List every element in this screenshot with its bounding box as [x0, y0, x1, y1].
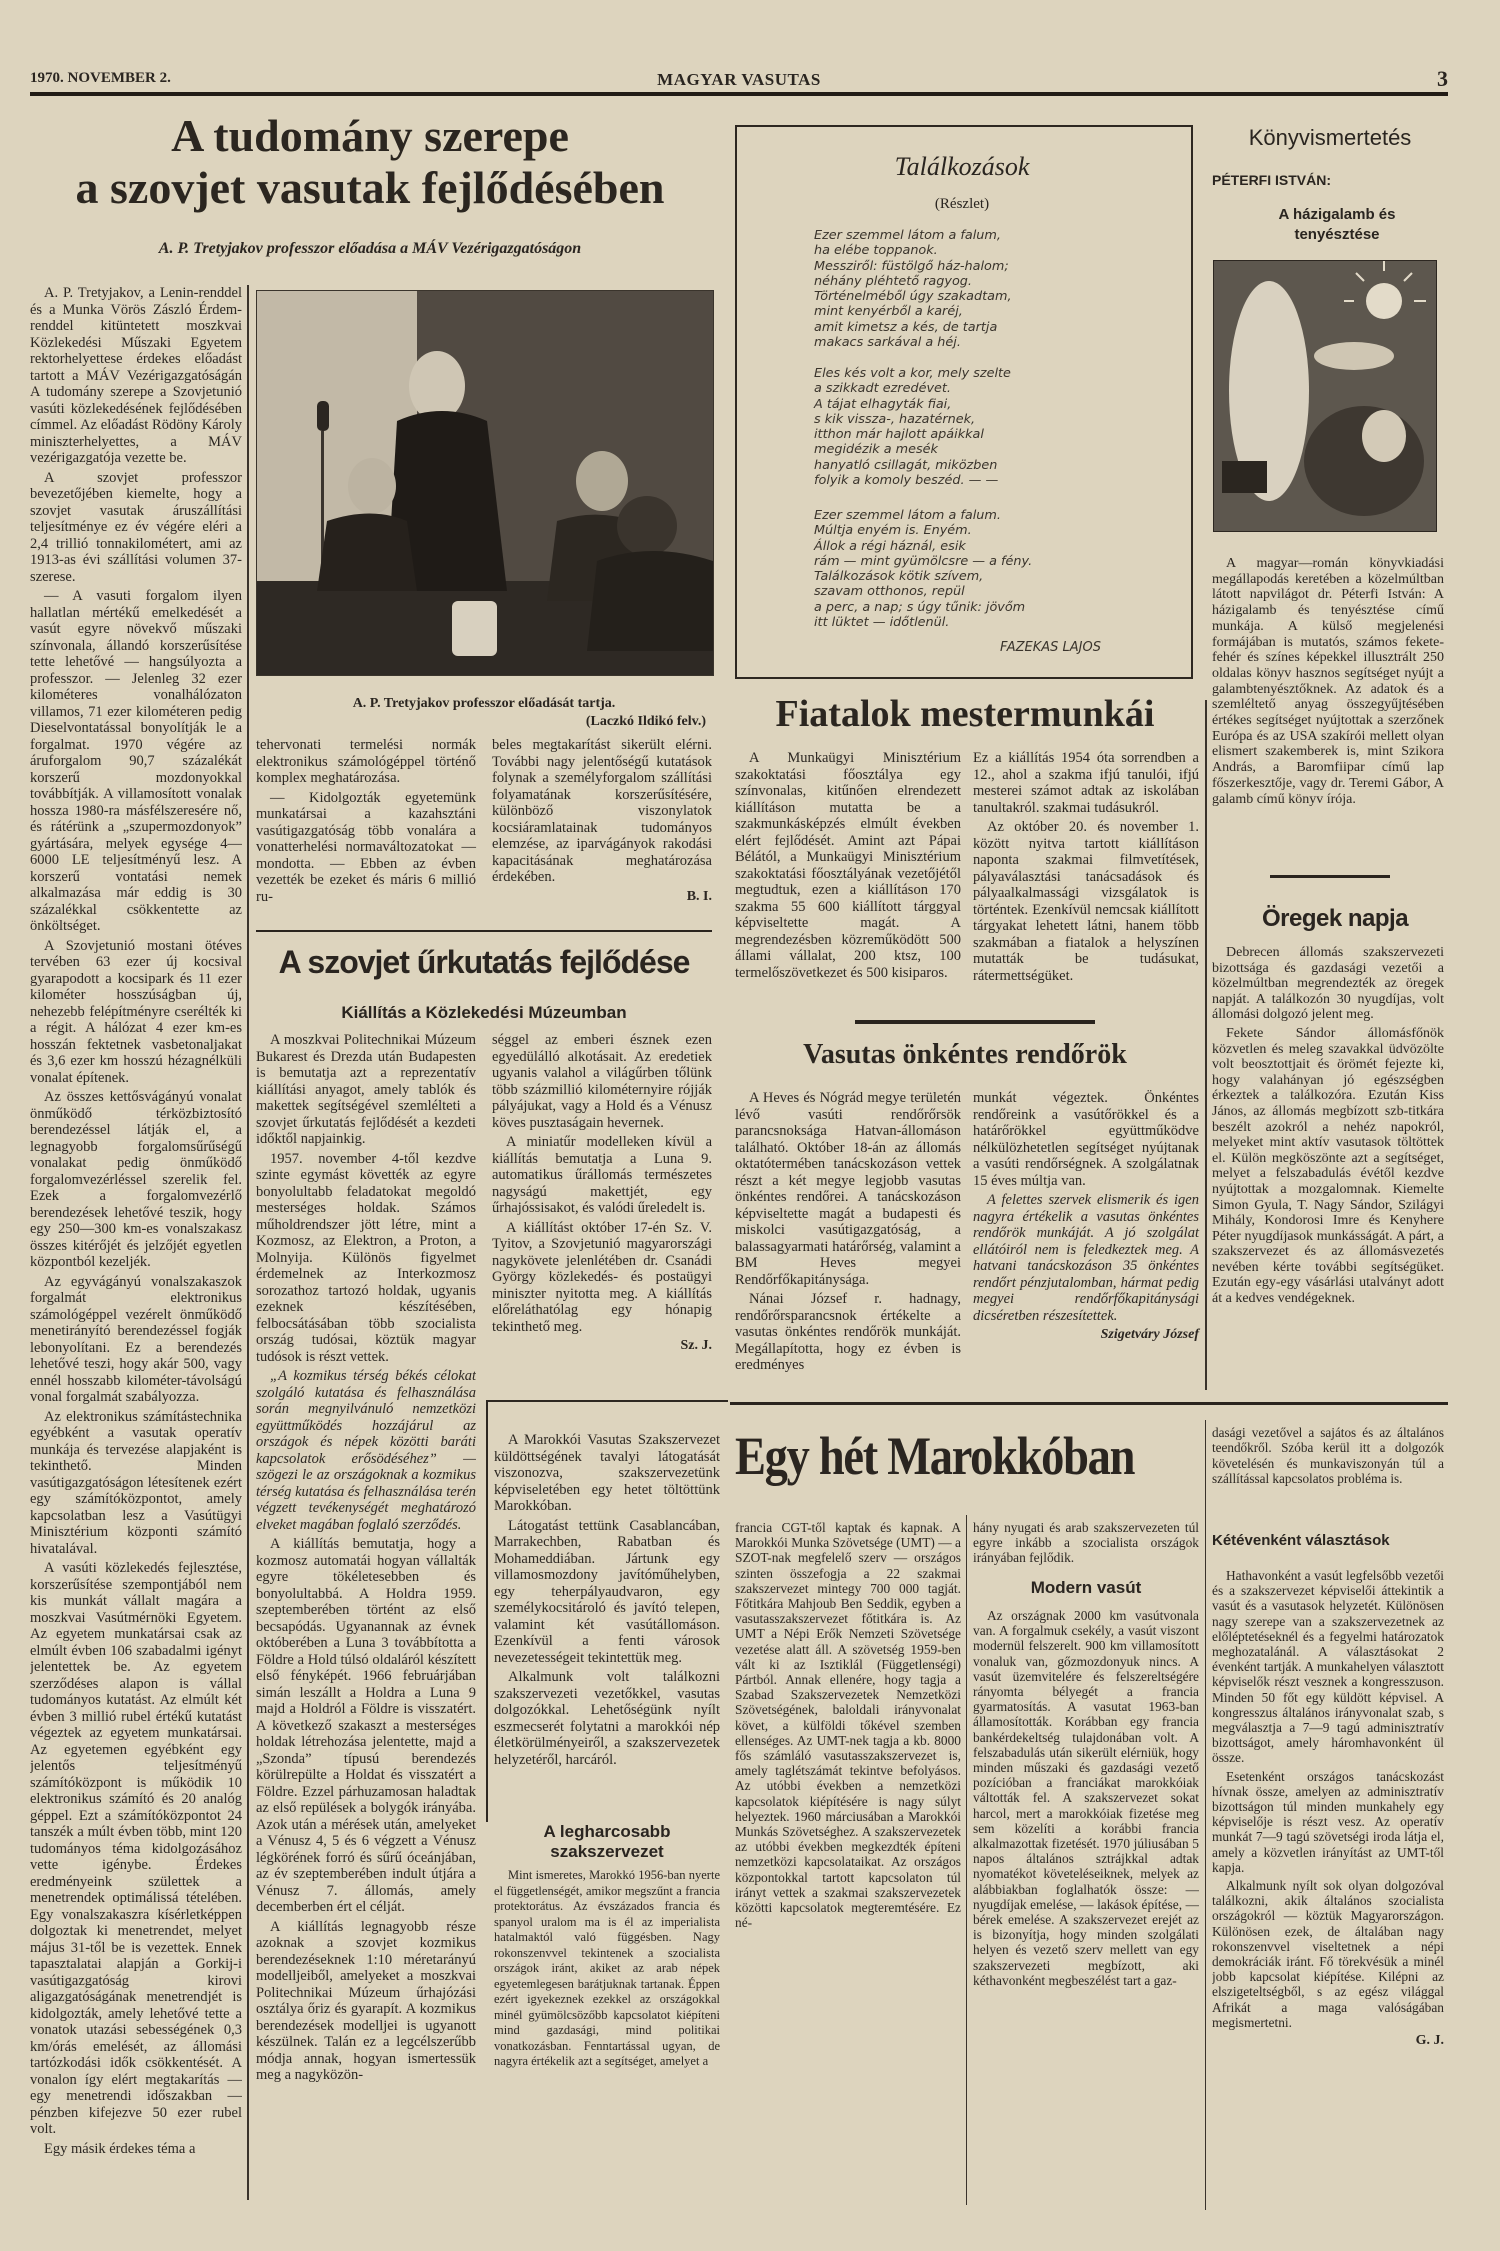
book-cover-image [1213, 260, 1437, 532]
poem-line: hanyatló csillagát, miközben [814, 458, 1174, 473]
poem-line: Messziről: füstölgő ház-halom; [814, 259, 1174, 274]
paragraph: Ez a kiállítás 1954 óta sorrendben a 12.… [973, 750, 1199, 816]
paragraph: francia CGT-től kaptak és kapnak. A Maro… [735, 1520, 961, 1930]
morocco-column-c: Hathavonként a vasút legfelsőbb vezetői … [1212, 1568, 1444, 2208]
poem-line: Múltja enyém is. Enyém. [814, 523, 1174, 538]
poem-line: A tájat elhagyták fiai, [814, 397, 1174, 412]
section-rule [1270, 875, 1390, 878]
section-rule [855, 1020, 1095, 1024]
paragraph: A szovjet professzor bevezetőjében kieme… [30, 470, 242, 586]
paragraph: — A vasuti forgalom ilyen hallatlan mért… [30, 588, 242, 935]
paragraph: A Munkaügyi Minisztérium szakoktatási fő… [735, 750, 961, 981]
paragraph: hány nyugati és arab szakszervezeten túl… [973, 1520, 1199, 1566]
paragraph: Az országnak 2000 km vasútvonala van. A … [973, 1608, 1199, 1988]
poem-line: a perc, a nap; s úgy tűnik: jövőm [814, 600, 1174, 615]
paragraph: „A kozmikus térség békés célokat szolgál… [256, 1368, 476, 1533]
police-column-2: munkát végeztek. Önkéntes rendőreink a v… [973, 1090, 1199, 1344]
photo-credit: (Laczkó Ildikó felv.) [256, 713, 706, 730]
poem-line: Ezer szemmel látom a falum. [814, 508, 1174, 523]
science-column-1: A. P. Tretyjakov, a Lenin-renddel és a M… [30, 285, 242, 2205]
paragraph: A moszkvai Politechnikai Múzeum Bukarest… [256, 1032, 476, 1148]
pigeon-illustration [1214, 261, 1436, 531]
morocco-column-a: francia CGT-től kaptak és kapnak. A Maro… [735, 1520, 961, 2205]
paragraph: Az összes kettősvágányú vonalat önműködő… [30, 1089, 242, 1271]
poem-stanza-1: Ezer szemmel látom a falum, ha elébe top… [814, 228, 1174, 350]
paragraph: Debrecen állomás szakszervezeti bizottsá… [1212, 945, 1444, 1023]
poem-line: Eles kés volt a kor, mely szelte [814, 366, 1174, 381]
poem-line: s kik vissza-, hazatérnek, [814, 412, 1174, 427]
signature: G. J. [1212, 2033, 1444, 2048]
paragraph: beles megtakarítást sikerült elérni. Tov… [492, 737, 712, 886]
headline-elders: Öregek napja [1262, 905, 1462, 933]
newspaper-title: MAGYAR VASUTAS [30, 70, 1448, 90]
paragraph: — Kidolgozták egyetemünk munkatársai a k… [256, 790, 476, 906]
poem-line: amit kimetsz a kés, de tartja [814, 320, 1174, 335]
column-rule [1205, 700, 1207, 1390]
headline-morocco: Egy hét Marokkóban [735, 1425, 1139, 1487]
poem-line: rám — mint gyümölcsre — a fény. [814, 554, 1174, 569]
paragraph: A vasúti közlekedés fejlesztése, korszer… [30, 1560, 242, 2138]
science-subtitle: A. P. Tretyjakov professzor előadása a M… [30, 240, 710, 258]
science-column-3: beles megtakarítást sikerült elérni. Tov… [492, 737, 712, 905]
poem-stanza-3: Ezer szemmel látom a falum. Múltja enyém… [814, 508, 1174, 630]
poem-subtitle: (Részlet) [735, 196, 1189, 213]
poem-title: Találkozások [735, 152, 1189, 182]
poem-line: itthon már hajlott apáikkal [814, 427, 1174, 442]
book-review-body: A magyar—román könyvkiadási megállapodás… [1212, 556, 1444, 810]
column-rule [1205, 1420, 1206, 2210]
space-subtitle: Kiállítás a Közlekedési Múzeumban [256, 1003, 712, 1023]
headline-youth: Fiatalok mestermunkái [735, 695, 1195, 735]
youth-column-1: A Munkaügyi Minisztérium szakoktatási fő… [735, 750, 961, 984]
poem-line: Találkozások kötik szívem, [814, 569, 1174, 584]
book-title-line: tenyésztése [1212, 225, 1462, 245]
photo-caption: A. P. Tretyjakov professzor előadását ta… [256, 695, 712, 712]
column-rule [966, 1515, 967, 2205]
space-column-2: séggel az emberi észnek ezen egyedülálló… [492, 1032, 712, 1355]
headline-science: A tudomány szerepe a szovjet vasutak fej… [30, 112, 710, 213]
book-author: PÉTERFI ISTVÁN: [1212, 172, 1462, 188]
paragraph: Alkalmunk volt találkozni szakszervezeti… [494, 1669, 720, 1768]
masthead-rule [30, 92, 1448, 96]
morocco-column-c-top: dasági vezetővel a sajátos és az általán… [1212, 1425, 1444, 1490]
paragraph: A Szovjetunió mostani ötéves tervében 63… [30, 938, 242, 1087]
paragraph: A kiállítás bemutatja, hogy a kozmosz au… [256, 1536, 476, 1916]
photo-illustration [257, 291, 713, 675]
headline-police: Vasutas önkéntes rendőrök [735, 1040, 1195, 1069]
paragraph: Hathavonként a vasút legfelsőbb vezetői … [1212, 1568, 1444, 1766]
paragraph: dasági vezetővel a sajátos és az általán… [1212, 1425, 1444, 1487]
poem-line: Ezer szemmel látom a falum, [814, 228, 1174, 243]
poem-stanza-2: Eles kés volt a kor, mely szelte a szikk… [814, 366, 1174, 488]
morocco-railway-text: Az országnak 2000 km vasútvonala van. A … [973, 1608, 1199, 2206]
subhead-union: A legharcosabb szakszervezet [494, 1822, 720, 1862]
paragraph: A miniatűr modelleken kívül a kiállítás … [492, 1134, 712, 1217]
poem-line: Történelméből úgy szakadtam, [814, 289, 1174, 304]
poem-line: megidézik a mesék [814, 442, 1174, 457]
paragraph: A felettes szervek elismerik és igen nag… [973, 1192, 1199, 1324]
paragraph: Látogatást tettünk Casablancában, Marrak… [494, 1518, 720, 1667]
book-title-line: A házigalamb és [1212, 205, 1462, 225]
paragraph: 1957. november 4-től kezdve szinte egymá… [256, 1151, 476, 1366]
paragraph: Az egyvágányú vonalszakaszok forgalmát e… [30, 1274, 242, 1406]
paragraph: Mint ismeretes, Marokkó 1956-ban nyerte … [494, 1868, 720, 2070]
subhead-elections: Kétévenként választások [1212, 1532, 1444, 1549]
elders-body: Debrecen állomás szakszervezeti bizottsá… [1212, 945, 1444, 1310]
poem-line: a szikkadt ezredévet. [814, 381, 1174, 396]
police-column-1: A Heves és Nógrád megye területén lévő v… [735, 1090, 961, 1377]
science-column-2: tehervonati termelési normák elektroniku… [256, 737, 476, 908]
paragraph: séggel az emberi észnek ezen egyedülálló… [492, 1032, 712, 1131]
poem-author: FAZEKAS LAJOS [1000, 640, 1170, 655]
poem-line: szavam otthonos, repül [814, 584, 1174, 599]
poem-line: makacs sarkával a héj. [814, 335, 1174, 350]
paragraph: Egy másik érdekes téma a [30, 2141, 242, 2158]
paragraph: Nánai József r. hadnagy, rendőrőrsparanc… [735, 1291, 961, 1374]
signature: B. I. [492, 889, 712, 906]
paragraph: A Marokkói Vasutas Szakszervezet küldött… [494, 1432, 720, 1515]
page-number: 3 [1437, 66, 1448, 92]
paragraph: A kiállítás legnagyobb része azoknak a s… [256, 1919, 476, 2084]
poem-line: néhány pléhtető ragyog. [814, 274, 1174, 289]
paragraph: munkát végeztek. Önkéntes rendőreink a v… [973, 1090, 1199, 1189]
newspaper-page: 1970. NOVEMBER 2. MAGYAR VASUTAS 3 A tud… [0, 0, 1500, 2251]
paragraph: A magyar—román könyvkiadási megállapodás… [1212, 556, 1444, 807]
headline-line-2: a szovjet vasutak fejlődésében [30, 164, 710, 212]
paragraph: Az október 20. és november 1. között nyi… [973, 819, 1199, 984]
paragraph: tehervonati termelési normák elektroniku… [256, 737, 476, 787]
paragraph: Alkalmunk nyílt sok olyan dolgozóval tal… [1212, 1878, 1444, 2030]
book-title: A házigalamb és tenyésztése [1212, 205, 1462, 245]
space-column-1: A moszkvai Politechnikai Múzeum Bukarest… [256, 1032, 476, 2202]
headline-line-1: A tudomány szerepe [30, 112, 710, 160]
poem-line: Állok a régi háznál, esik [814, 539, 1174, 554]
morocco-column-b: hány nyugati és arab szakszervezeten túl… [973, 1520, 1199, 1569]
signature: Sz. J. [492, 1338, 712, 1355]
column-rule [247, 285, 249, 2200]
morocco-intro: A Marokkói Vasutas Szakszervezet küldött… [494, 1432, 720, 1771]
signature: Szigetváry József [973, 1327, 1199, 1344]
paragraph: A kiállítást október 17-én Sz. V. Tyitov… [492, 1220, 712, 1336]
paragraph: A. P. Tretyjakov, a Lenin-renddel és a M… [30, 285, 242, 467]
youth-column-2: Ez a kiállítás 1954 óta sorrendben a 12.… [973, 750, 1199, 987]
subhead-railway: Modern vasút [973, 1578, 1199, 1598]
paragraph: Fekete Sándor állomásfőnök közvetlen és … [1212, 1026, 1444, 1307]
poem-line: folyik a komoly beszéd. — — [814, 473, 1174, 488]
photo-tretyjakov-lecture [256, 290, 714, 676]
paragraph: Az elektronikus számítástechnika egyébké… [30, 1409, 242, 1558]
morocco-union-text: Mint ismeretes, Marokkó 1956-ban nyerte … [494, 1868, 720, 2203]
paragraph: Esetenként országos tanácskozást hívnak … [1212, 1769, 1444, 1875]
poem-line: itt lüktet — időtlenül. [814, 615, 1174, 630]
poem-line: ha elébe toppanok. [814, 243, 1174, 258]
paragraph: A Heves és Nógrád megye területén lévő v… [735, 1090, 961, 1288]
poem-line: mint kenyérből a karéj, [814, 304, 1174, 319]
section-book-review: Könyvismertetés [1200, 125, 1460, 151]
section-rule [730, 1402, 1448, 1405]
headline-space: A szovjet űrkutatás fejlődése [256, 944, 712, 981]
section-rule [256, 930, 712, 932]
